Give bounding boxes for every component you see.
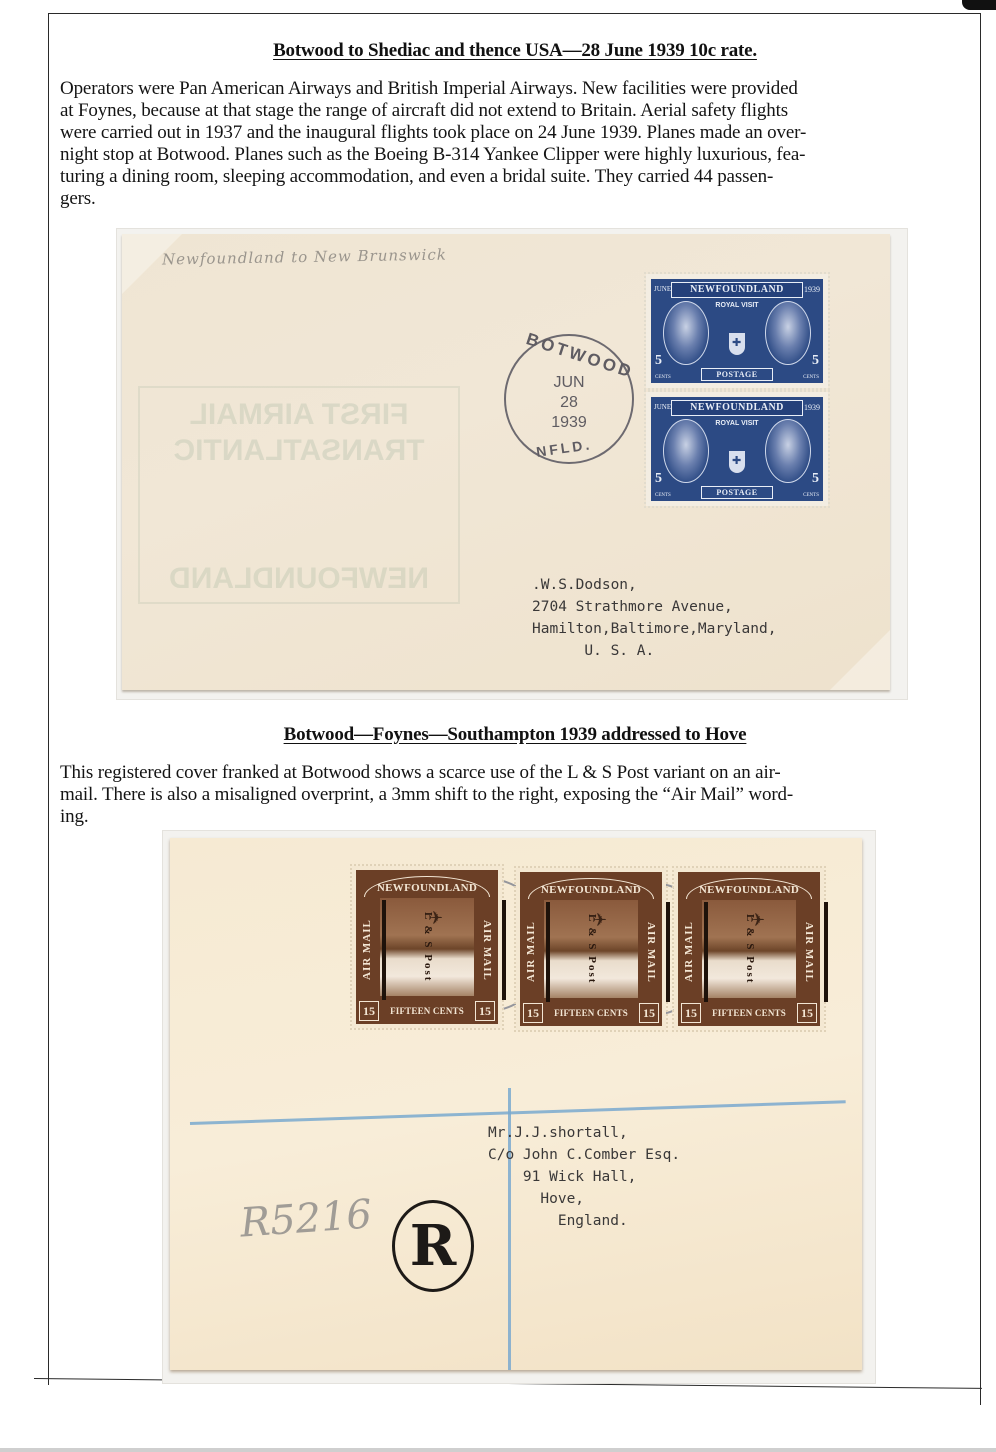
stamp-footer: FIFTEEN CENTS bbox=[544, 1004, 638, 1022]
stamp-value: 15 bbox=[523, 1003, 543, 1023]
section1-heading: Botwood to Shediac and thence USA—28 Jun… bbox=[0, 40, 996, 62]
stamp-country: NEWFOUNDLAND bbox=[528, 878, 654, 899]
stamp-cents: CENTS bbox=[655, 493, 671, 498]
stamp-country: NEWFOUNDLAND bbox=[671, 400, 803, 416]
paragraph-line: This registered cover franked at Botwood… bbox=[60, 762, 972, 784]
paragraph-line: ing. bbox=[60, 806, 972, 828]
airmail-dog-sled-stamp: NEWFOUNDLAND ✈ AIR MAIL AIR MAIL L & S P… bbox=[674, 868, 824, 1030]
airmail-dog-sled-stamp: NEWFOUNDLAND ✈ AIR MAIL AIR MAIL L & S P… bbox=[516, 868, 666, 1030]
page-frame-right bbox=[980, 13, 981, 1405]
paragraph-line: were carried out in 1937 and the inaugur… bbox=[60, 122, 972, 144]
cachet-show-through: FIRST AIRMAIL TRANSATLANTIC NEWFOUNDLAND bbox=[138, 386, 460, 604]
paragraph-line: gers. bbox=[60, 188, 972, 210]
queen-portrait bbox=[663, 419, 709, 483]
address-line: Mr.J.J.shortall, bbox=[488, 1125, 628, 1141]
page-frame-top bbox=[48, 13, 980, 14]
stamp-cents: CENTS bbox=[803, 493, 819, 498]
address-line: .W.S.Dodson, bbox=[532, 577, 637, 593]
stamp-month: JUNE bbox=[654, 285, 671, 293]
botwood-postmark: BOTWOOD JUN 28 1939 NFLD. bbox=[504, 334, 634, 464]
section2-paragraph: This registered cover franked at Botwood… bbox=[60, 762, 972, 828]
cachet-line: TRANSATLANTIC bbox=[140, 434, 458, 468]
page-frame-left bbox=[48, 13, 49, 1385]
stamp-value: 15 bbox=[681, 1003, 701, 1023]
postmark-month: JUN bbox=[506, 374, 632, 392]
stamp-overprint: L & S Post bbox=[422, 912, 434, 982]
queen-portrait bbox=[663, 301, 709, 365]
photo-corner bbox=[830, 630, 890, 690]
stamp-footer: FIFTEEN CENTS bbox=[702, 1004, 796, 1022]
address-line: 2704 Strathmore Avenue, bbox=[532, 599, 733, 615]
paragraph-line: turing a dining room, sleeping accommoda… bbox=[60, 166, 972, 188]
overprint-bar bbox=[502, 900, 506, 1000]
paragraph-line: at Foynes, because at that stage the ran… bbox=[60, 100, 972, 122]
registration-r-mark: R bbox=[392, 1200, 474, 1292]
stamp-year: 1939 bbox=[804, 285, 820, 294]
address-line: England. bbox=[488, 1213, 628, 1229]
stamp-value: 5 bbox=[655, 353, 662, 369]
stamp-month: JUNE bbox=[654, 403, 671, 411]
stamp-caption: ROYAL VISIT bbox=[651, 419, 823, 428]
stamp-footer: POSTAGE bbox=[701, 486, 773, 499]
address-line: Hamilton,Baltimore,Maryland, bbox=[532, 621, 776, 637]
cover-botwood-shediac: Newfoundland to New Brunswick FIRST AIRM… bbox=[122, 234, 890, 690]
address-line: U. S. A. bbox=[532, 643, 654, 659]
section2-heading: Botwood—Foynes—Southampton 1939 addresse… bbox=[0, 724, 996, 746]
stamp-side-text: AIR MAIL bbox=[361, 904, 375, 996]
cachet-line: FIRST AIRMAIL bbox=[140, 398, 458, 432]
paragraph-line: mail. There is also a misaligned overpri… bbox=[60, 784, 972, 806]
stamp-caption: ROYAL VISIT bbox=[651, 301, 823, 310]
stamp-side-text: AIR MAIL bbox=[479, 904, 493, 996]
stamp-overprint: L & S Post bbox=[744, 914, 756, 984]
paragraph-line: night stop at Botwood. Planes such as th… bbox=[60, 144, 972, 166]
recipient-address: Mr.J.J.shortall, C/o John C.Comber Esq. … bbox=[488, 1122, 680, 1232]
stamp-cents: CENTS bbox=[803, 375, 819, 380]
stamp-value: 15 bbox=[797, 1003, 817, 1023]
royal-visit-stamp: JUNE NEWFOUNDLAND 1939 ROYAL VISIT 5 5 C… bbox=[646, 274, 828, 388]
coat-of-arms-icon bbox=[729, 451, 745, 473]
stamp-value: 15 bbox=[639, 1003, 659, 1023]
section1-paragraph: Operators were Pan American Airways and … bbox=[60, 78, 972, 210]
royal-visit-stamp: JUNE NEWFOUNDLAND 1939 ROYAL VISIT 5 5 C… bbox=[646, 392, 828, 506]
stamp-side-text: AIR MAIL bbox=[801, 906, 815, 998]
stamp-side-text: AIR MAIL bbox=[643, 906, 657, 998]
stamp-value: 5 bbox=[812, 471, 819, 487]
stamp-country: NEWFOUNDLAND bbox=[686, 878, 812, 899]
stamp-value: 5 bbox=[812, 353, 819, 369]
paragraph-line: Operators were Pan American Airways and … bbox=[60, 78, 972, 100]
cachet-line: NEWFOUNDLAND bbox=[140, 562, 458, 596]
overprint-bar bbox=[824, 902, 828, 1002]
postmark-day: 28 bbox=[506, 394, 632, 412]
stamp-side-text: AIR MAIL bbox=[683, 906, 697, 998]
overprint-bar bbox=[382, 900, 386, 1000]
king-portrait bbox=[765, 301, 811, 365]
registration-number: R5216 bbox=[239, 1191, 374, 1246]
stamp-footer: POSTAGE bbox=[701, 368, 773, 381]
postmark-region: NFLD. bbox=[535, 436, 593, 460]
stamp-value: 15 bbox=[475, 1001, 495, 1021]
overprint-bar bbox=[546, 902, 550, 1002]
cover-botwood-hove: NEWFOUNDLAND ✈ AIR MAIL AIR MAIL L & S P… bbox=[170, 838, 862, 1370]
stamp-value: 5 bbox=[655, 471, 662, 487]
overprint-bar bbox=[704, 902, 708, 1002]
king-portrait bbox=[765, 419, 811, 483]
stamp-country: NEWFOUNDLAND bbox=[364, 876, 490, 897]
stamp-side-text: AIR MAIL bbox=[525, 906, 539, 998]
airmail-dog-sled-stamp: NEWFOUNDLAND ✈ AIR MAIL AIR MAIL L & S P… bbox=[352, 866, 502, 1028]
postmark-year: 1939 bbox=[506, 414, 632, 432]
recipient-address: .W.S.Dodson, 2704 Strathmore Avenue, Ham… bbox=[532, 574, 776, 662]
address-line: Hove, bbox=[488, 1191, 584, 1207]
pencil-note: Newfoundland to New Brunswick bbox=[162, 246, 447, 269]
stamp-value: 15 bbox=[359, 1001, 379, 1021]
stamp-year: 1939 bbox=[804, 403, 820, 412]
stamp-overprint: L & S Post bbox=[586, 914, 598, 984]
coat-of-arms-icon bbox=[729, 333, 745, 355]
scan-edge bbox=[0, 1448, 996, 1452]
stamp-country: NEWFOUNDLAND bbox=[671, 282, 803, 298]
overprint-bar bbox=[666, 902, 670, 1002]
page-corner-tab bbox=[962, 0, 996, 10]
address-line: 91 Wick Hall, bbox=[488, 1169, 636, 1185]
stamp-cents: CENTS bbox=[655, 375, 671, 380]
stamp-footer: FIFTEEN CENTS bbox=[380, 1002, 474, 1020]
address-line: C/o John C.Comber Esq. bbox=[488, 1147, 680, 1163]
